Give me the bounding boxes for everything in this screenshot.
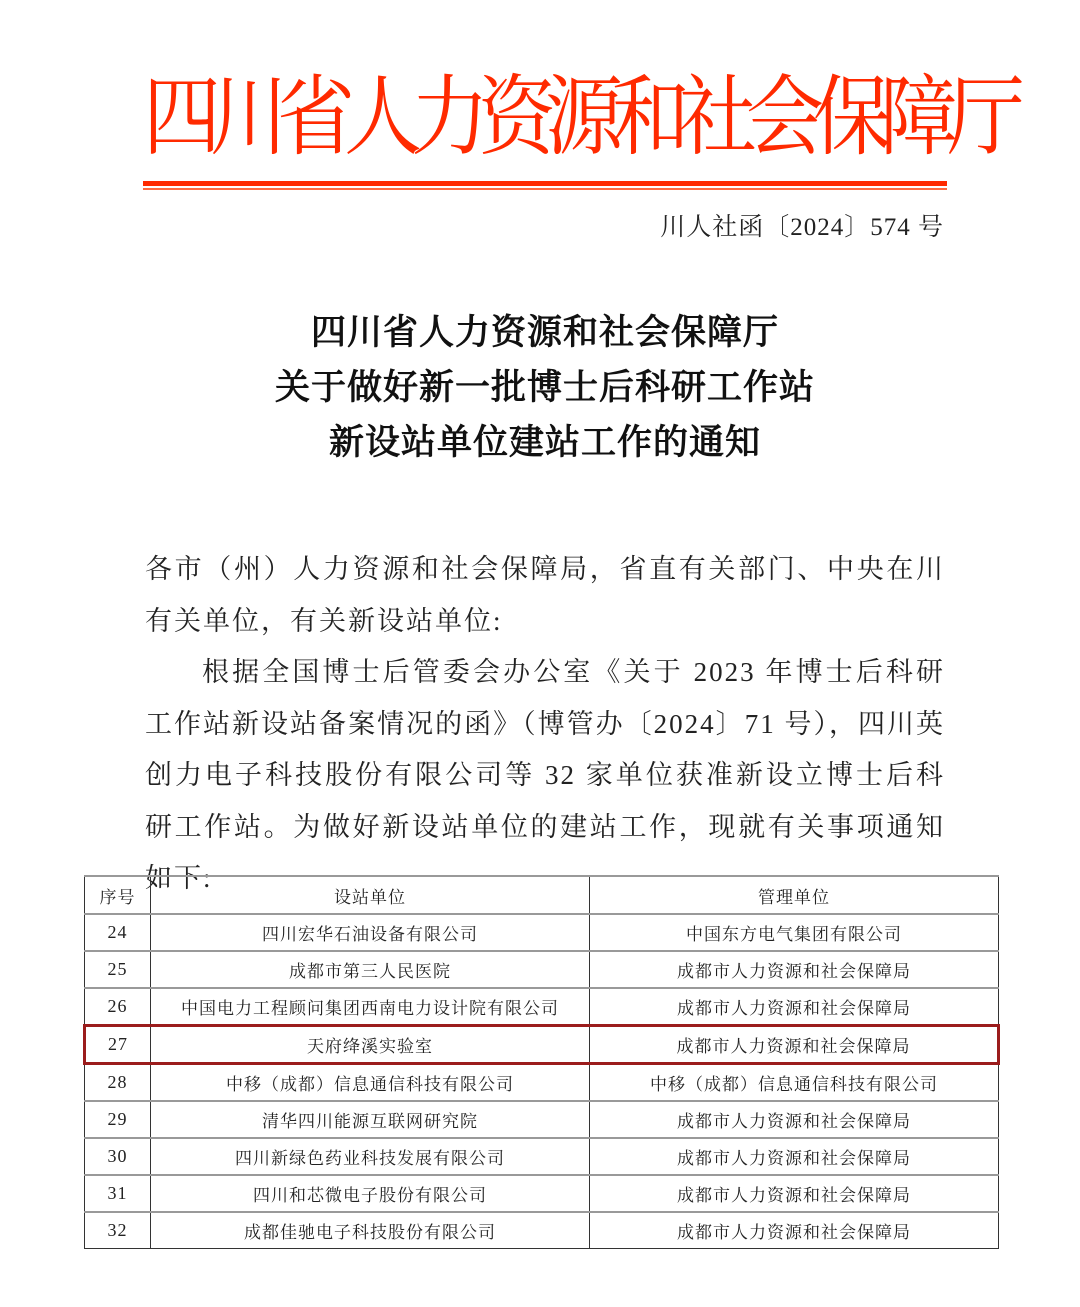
masthead-char: 省 [277, 62, 344, 174]
table-row-highlighted: 27天府绛溪实验室成都市人力资源和社会保障局 [85, 1026, 999, 1064]
row-managing-unit: 中国东方电气集团有限公司 [590, 914, 999, 951]
document-title: 四川省人力资源和社会保障厅 关于做好新一批博士后科研工作站 新设站单位建站工作的… [0, 305, 1080, 470]
table-row: 25成都市第三人民医院成都市人力资源和社会保障局 [85, 951, 999, 988]
masthead-char: 保 [813, 62, 880, 174]
row-serial-number: 29 [85, 1101, 151, 1138]
masthead-char: 会 [746, 62, 813, 174]
masthead-char: 障 [880, 62, 947, 174]
row-serial-number: 28 [85, 1064, 151, 1102]
row-serial-number: 25 [85, 951, 151, 988]
header-managing-unit: 管理单位 [590, 876, 999, 914]
row-station-unit: 四川新绿色药业科技发展有限公司 [151, 1138, 590, 1175]
row-managing-unit: 成都市人力资源和社会保障局 [590, 1101, 999, 1138]
row-station-unit: 四川宏华石油设备有限公司 [151, 914, 590, 951]
masthead-char: 社 [679, 62, 746, 174]
table-row: 31四川和芯微电子股份有限公司成都市人力资源和社会保障局 [85, 1175, 999, 1212]
row-managing-unit: 成都市人力资源和社会保障局 [590, 1138, 999, 1175]
masthead-char: 力 [411, 62, 478, 174]
masthead-char: 人 [344, 62, 411, 174]
postdoc-station-table: 序号 设站单位 管理单位 24四川宏华石油设备有限公司中国东方电气集团有限公司2… [83, 875, 1000, 1249]
row-managing-unit: 中移（成都）信息通信科技有限公司 [590, 1064, 999, 1102]
table-row: 32成都佳驰电子科技股份有限公司成都市人力资源和社会保障局 [85, 1212, 999, 1249]
row-serial-number: 27 [85, 1026, 151, 1064]
masthead-char: 和 [612, 62, 679, 174]
masthead-char: 源 [545, 62, 612, 174]
table-row: 28中移（成都）信息通信科技有限公司中移（成都）信息通信科技有限公司 [85, 1064, 999, 1102]
masthead-char: 川 [210, 62, 277, 174]
row-serial-number: 31 [85, 1175, 151, 1212]
table-row: 24四川宏华石油设备有限公司中国东方电气集团有限公司 [85, 914, 999, 951]
table-header-row: 序号 设站单位 管理单位 [85, 876, 999, 914]
header-station-unit: 设站单位 [151, 876, 590, 914]
row-station-unit: 成都佳驰电子科技股份有限公司 [151, 1212, 590, 1249]
row-station-unit: 天府绛溪实验室 [151, 1026, 590, 1064]
issuer-masthead: 四川省人力资源和社会保障厅 [143, 62, 947, 174]
row-station-unit: 中国电力工程顾问集团西南电力设计院有限公司 [151, 988, 590, 1026]
row-managing-unit: 成都市人力资源和社会保障局 [590, 1175, 999, 1212]
table-row: 30四川新绿色药业科技发展有限公司成都市人力资源和社会保障局 [85, 1138, 999, 1175]
row-serial-number: 26 [85, 988, 151, 1026]
masthead-char: 四 [143, 62, 210, 174]
row-station-unit: 成都市第三人民医院 [151, 951, 590, 988]
table-row: 29清华四川能源互联网研究院成都市人力资源和社会保障局 [85, 1101, 999, 1138]
document-body: 各市（州）人力资源和社会保障局，省直有关部门、中央在川有关单位，有关新设站单位:… [145, 544, 945, 905]
salutation: 各市（州）人力资源和社会保障局，省直有关部门、中央在川有关单位，有关新设站单位: [145, 544, 945, 647]
row-managing-unit: 成都市人力资源和社会保障局 [590, 988, 999, 1026]
document-number: 川人社函〔2024〕574 号 [660, 208, 944, 248]
title-line-1: 四川省人力资源和社会保障厅 [0, 305, 1080, 360]
title-line-2: 关于做好新一批博士后科研工作站 [0, 360, 1080, 415]
header-serial-number: 序号 [85, 876, 151, 914]
row-station-unit: 中移（成都）信息通信科技有限公司 [151, 1064, 590, 1102]
title-line-3: 新设站单位建站工作的通知 [0, 415, 1080, 470]
masthead-rule-thin [143, 188, 947, 190]
row-serial-number: 24 [85, 914, 151, 951]
row-serial-number: 30 [85, 1138, 151, 1175]
row-managing-unit: 成都市人力资源和社会保障局 [590, 1212, 999, 1249]
paragraph-1: 根据全国博士后管委会办公室《关于 2023 年博士后科研工作站新设站备案情况的函… [145, 647, 945, 905]
table-row: 26中国电力工程顾问集团西南电力设计院有限公司成都市人力资源和社会保障局 [85, 988, 999, 1026]
masthead-rule-thick [143, 181, 947, 186]
row-managing-unit: 成都市人力资源和社会保障局 [590, 1026, 999, 1064]
row-station-unit: 四川和芯微电子股份有限公司 [151, 1175, 590, 1212]
masthead-char: 资 [478, 62, 545, 174]
row-station-unit: 清华四川能源互联网研究院 [151, 1101, 590, 1138]
row-serial-number: 32 [85, 1212, 151, 1249]
row-managing-unit: 成都市人力资源和社会保障局 [590, 951, 999, 988]
masthead-char: 厅 [947, 62, 1014, 174]
